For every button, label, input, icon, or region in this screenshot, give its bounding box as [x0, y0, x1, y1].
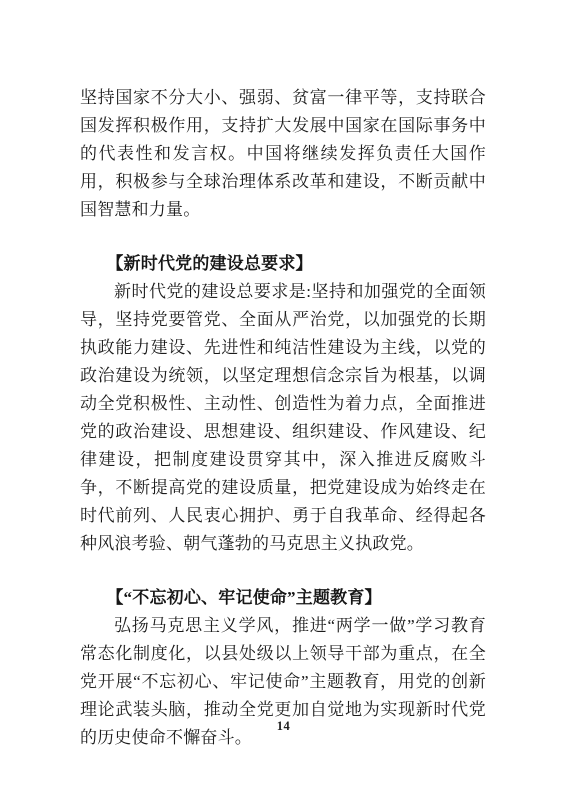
paragraph-party-building-requirements: 新时代党的建设总要求是:坚持和加强党的全面领导，坚持党要管党、全面从严治党，以加…	[80, 278, 486, 558]
page-content: 坚持国家不分大小、强弱、贫富一律平等，支持联合国发挥积极作用，支持扩大发展中国家…	[80, 84, 486, 752]
document-page: 坚持国家不分大小、强弱、贫富一律平等，支持联合国发挥积极作用，支持扩大发展中国家…	[0, 0, 567, 793]
heading-initial-aspiration-mission-education: 【“不忘初心、牢记使命”主题教育】	[80, 584, 486, 612]
heading-new-era-party-building: 【新时代党的建设总要求】	[80, 250, 486, 278]
page-number: 14	[0, 719, 567, 734]
paragraph-global-governance: 坚持国家不分大小、强弱、贫富一律平等，支持联合国发挥积极作用，支持扩大发展中国家…	[80, 84, 486, 224]
